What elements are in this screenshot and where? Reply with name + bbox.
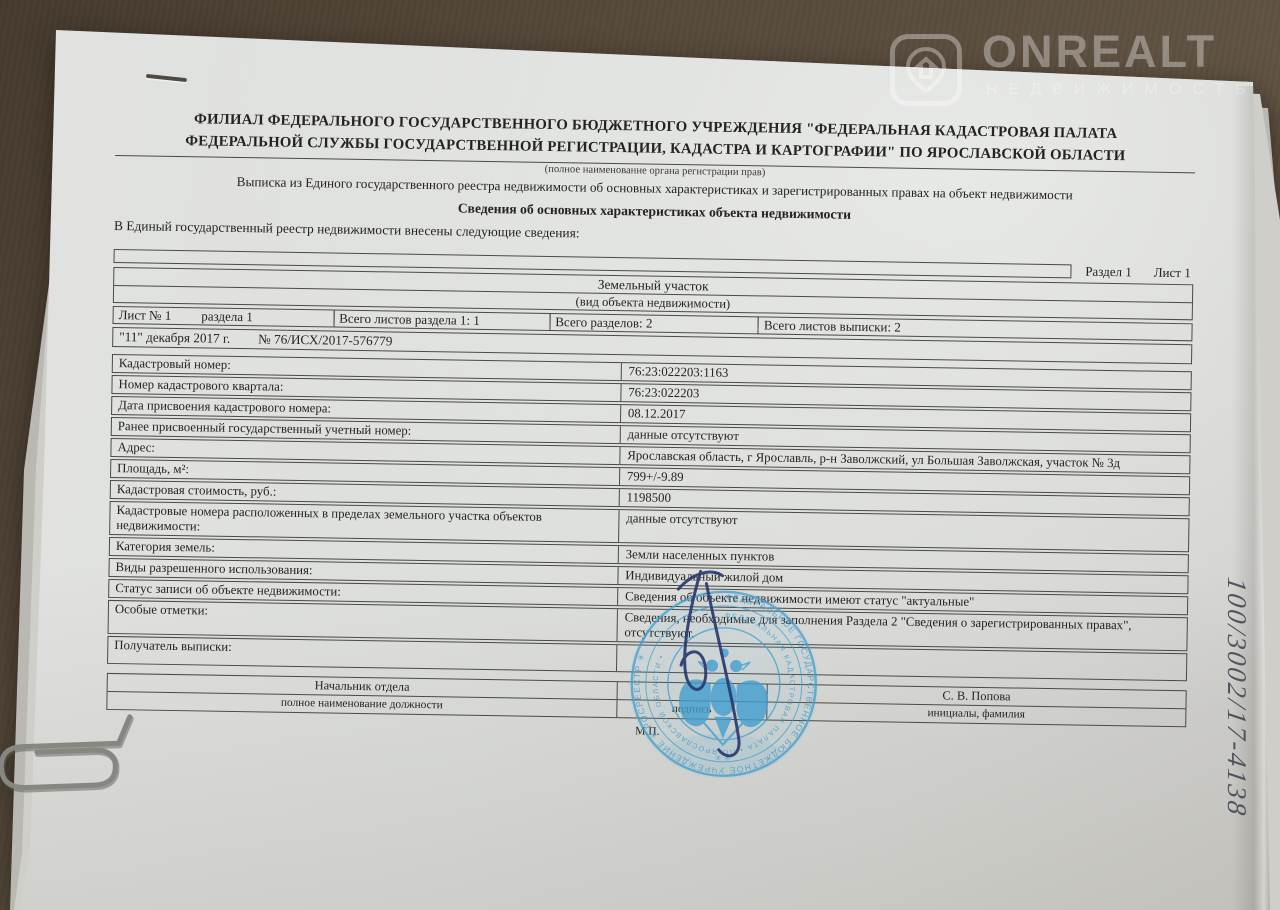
sheet-info-cell: Всего листов раздела 1: 1	[333, 309, 550, 330]
watermark-brand: ONREALT	[982, 26, 1217, 78]
document-page: ФИЛИАЛ ФЕДЕРАЛЬНОГО ГОСУДАРСТВЕННОГО БЮД…	[0, 0, 1280, 910]
sheet-label: Лист 1	[1154, 264, 1191, 281]
section-label: Раздел 1	[1085, 263, 1132, 280]
watermark: ONREALT НЕДВИЖИМОСТЬ	[886, 28, 1280, 120]
issue-date: "11" декабря 2017 г.	[119, 328, 230, 348]
watermark-logo-icon	[890, 34, 962, 106]
row-value: данные отсутствуют	[619, 510, 1189, 551]
section-number: раздела 1	[201, 308, 253, 325]
photo-of-cadastral-extract: ФИЛИАЛ ФЕДЕРАЛЬНОГО ГОСУДАРСТВЕННОГО БЮД…	[0, 0, 1280, 910]
paper-stack: ФИЛИАЛ ФЕДЕРАЛЬНОГО ГОСУДАРСТВЕННОГО БЮД…	[0, 0, 1280, 910]
row-label: Получатель выписки:	[108, 637, 617, 671]
row-label: Особые отметки:	[109, 601, 618, 641]
document-content: ФИЛИАЛ ФЕДЕРАЛЬНОГО ГОСУДАРСТВЕННОГО БЮД…	[106, 106, 1196, 748]
meta-table: Раздел 1 Лист 1 Земельный участок (вид о…	[112, 248, 1193, 364]
handwritten-file-number: 100/3002/17-4138	[1221, 575, 1252, 910]
section-sheet-labels: Раздел 1 Лист 1	[1085, 263, 1191, 281]
outgoing-number: № 76/ИСХ/2017-576779	[258, 330, 393, 350]
pen-signature	[645, 553, 818, 771]
sheet-info-cell: Всего разделов: 2	[549, 313, 759, 334]
watermark-tagline: НЕДВИЖИМОСТЬ	[986, 81, 1257, 99]
paperclip-icon	[0, 700, 144, 812]
sheet-info-cell: Лист № 1 раздела 1	[113, 306, 335, 328]
row-label: Кадастровые номера расположенных в преде…	[110, 502, 619, 542]
sheet-number: Лист № 1	[119, 307, 172, 324]
